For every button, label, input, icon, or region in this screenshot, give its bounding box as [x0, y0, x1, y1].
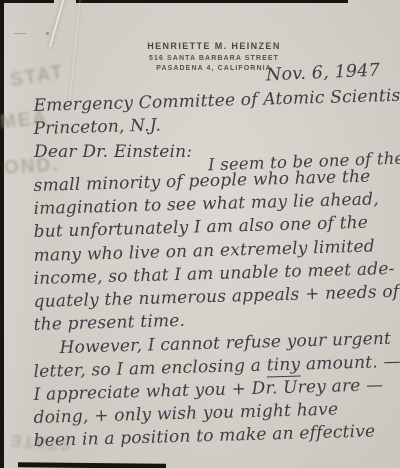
- letter-date: Nov. 6, 1947: [266, 61, 381, 86]
- scan-edge-top: [76, 0, 348, 3]
- underlined-word: tiny: [266, 354, 300, 377]
- letter-body: small minority of people who have the im…: [34, 176, 400, 454]
- letterhead-name: HENRIETTE M. HEINZEN: [64, 41, 364, 51]
- enclosing-suffix: amount. —: [300, 351, 400, 374]
- scan-edge-bottom: [18, 462, 166, 468]
- scan-edge-left: [0, 0, 4, 468]
- salutation: Dear Dr. Einstein:: [34, 142, 192, 162]
- scan-artifact: [14, 33, 26, 34]
- scanned-letter-page: STAT MEA OND. STATE HENRIETTE M. HEINZEN…: [0, 0, 400, 468]
- scan-artifact: [46, 32, 49, 35]
- scan-edge-top: [0, 0, 54, 3]
- letterhead-street: 516 SANTA BARBARA STREET: [64, 55, 364, 62]
- bleed-through-text: STAT: [9, 62, 67, 92]
- paper-crease: [49, 0, 65, 47]
- recipient-address: Emergency Committee of Atomic Scientists…: [34, 96, 400, 142]
